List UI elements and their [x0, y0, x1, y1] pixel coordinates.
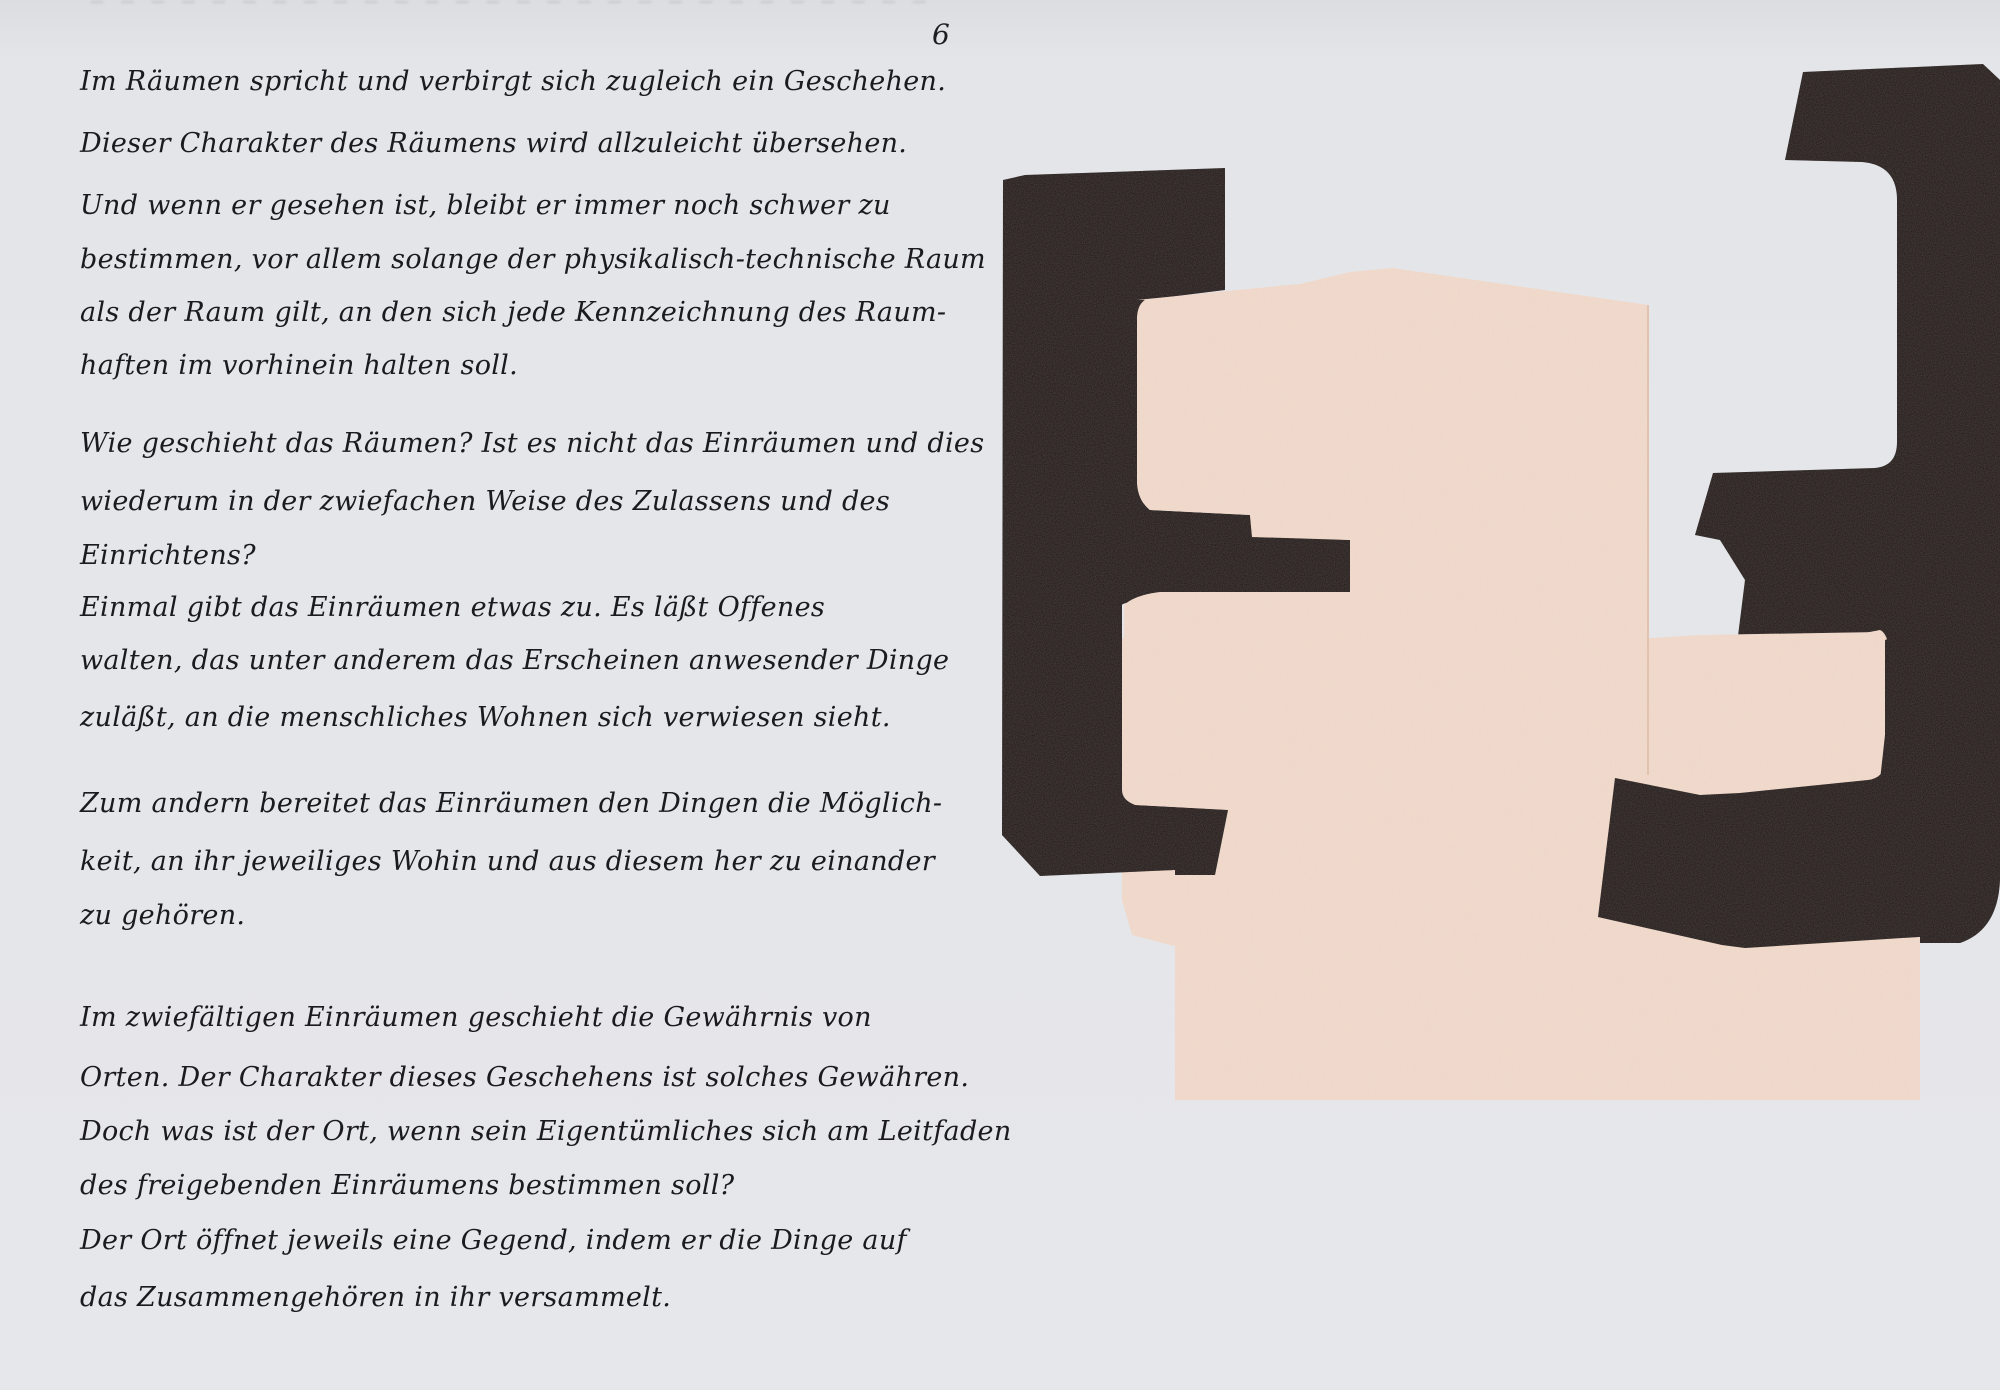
collage-artwork — [0, 0, 2000, 1390]
pink-paper-overlap — [1124, 268, 1920, 1100]
